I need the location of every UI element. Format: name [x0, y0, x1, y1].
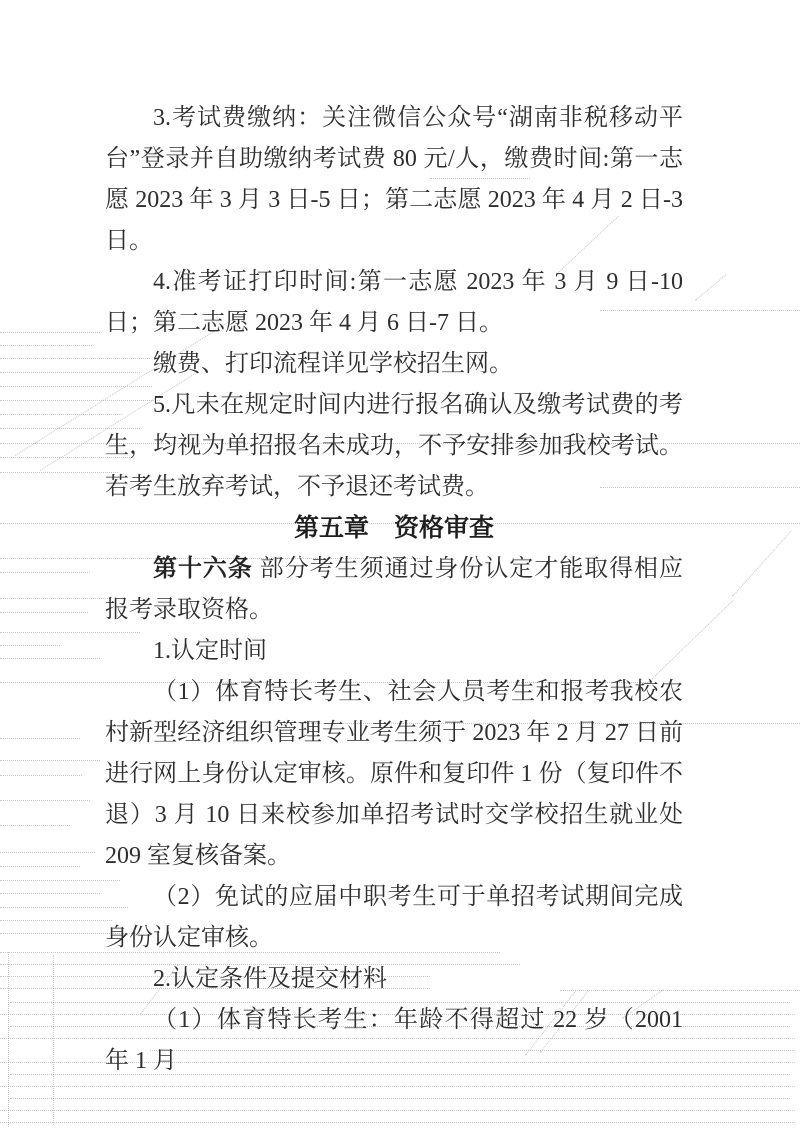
- item-materials-title: 2.认定条件及提交材料: [105, 959, 683, 1000]
- scan-artifact-line: [0, 645, 60, 646]
- scan-artifact-line: [0, 1122, 795, 1123]
- scan-artifact-line: [0, 345, 92, 346]
- item-materials-detail-1: （1）体育特长考生：年龄不得超过 22 岁（2001 年 1 月: [105, 1000, 683, 1082]
- chapter-heading: 第五章 资格审查: [105, 508, 683, 549]
- para-procedure-note: 缴费、打印流程详见学校招生网。: [105, 344, 683, 385]
- scan-artifact-line: [0, 612, 88, 613]
- scan-artifact-line: [0, 658, 100, 659]
- scan-artifact-line: [0, 920, 112, 921]
- scan-artifact-line: [0, 1110, 795, 1111]
- para-exam-fee: 3.考试费缴纳：关注微信公众号“湖南非税移动平台”登录并自助缴纳考试费 80 元…: [105, 98, 683, 262]
- scan-artifact-vertical: [53, 955, 54, 1125]
- item-time-detail-1: （1）体育特长考生、社会人员考生和报考我校农村新型经济组织管理专业考生须于 20…: [105, 672, 683, 877]
- scan-artifact-vertical: [8, 952, 9, 1127]
- scan-artifact-line: [0, 893, 100, 894]
- item-time-title: 1.认定时间: [105, 631, 683, 672]
- scan-artifact-line: [0, 1086, 795, 1087]
- scan-artifact-line: [0, 825, 70, 826]
- scan-artifact-diagonal: [732, 531, 792, 597]
- scan-artifact-line: [0, 332, 100, 333]
- item-time-detail-2: （2）免试的应届中职考生可于单招考试期间完成身份认定审核。: [105, 877, 683, 959]
- scan-artifact-line: [10, 1098, 790, 1099]
- scan-artifact-diagonal: [695, 274, 726, 300]
- scan-artifact-line: [0, 572, 90, 573]
- scan-artifact-line: [0, 852, 95, 853]
- scan-artifact-line: [0, 598, 110, 599]
- scan-artifact-line: [0, 414, 122, 415]
- document-page: 3.考试费缴纳：关注微信公众号“湖南非税移动平台”登录并自助缴纳考试费 80 元…: [105, 98, 683, 1082]
- article-16-lead: 第十六条: [153, 556, 253, 582]
- scan-artifact-line: [0, 738, 80, 739]
- scan-artifact-line: [0, 880, 120, 881]
- para-admission-ticket: 4.准考证打印时间:第一志愿 2023 年 3 月 9 日-10 日；第二志愿 …: [105, 262, 683, 344]
- scan-artifact-line: [0, 866, 80, 867]
- scan-artifact-line: [0, 472, 118, 473]
- scan-artifact-line: [0, 800, 90, 801]
- para-article-16: 第十六条 部分考生须通过身份认定才能取得相应报考录取资格。: [105, 549, 683, 631]
- scan-artifact-line: [0, 760, 100, 761]
- scan-artifact-line: [0, 775, 82, 776]
- para-deadline-warning: 5.凡未在规定时间内进行报名确认及缴考试费的考生，均视为单招报名未成功，不予安排…: [105, 385, 683, 508]
